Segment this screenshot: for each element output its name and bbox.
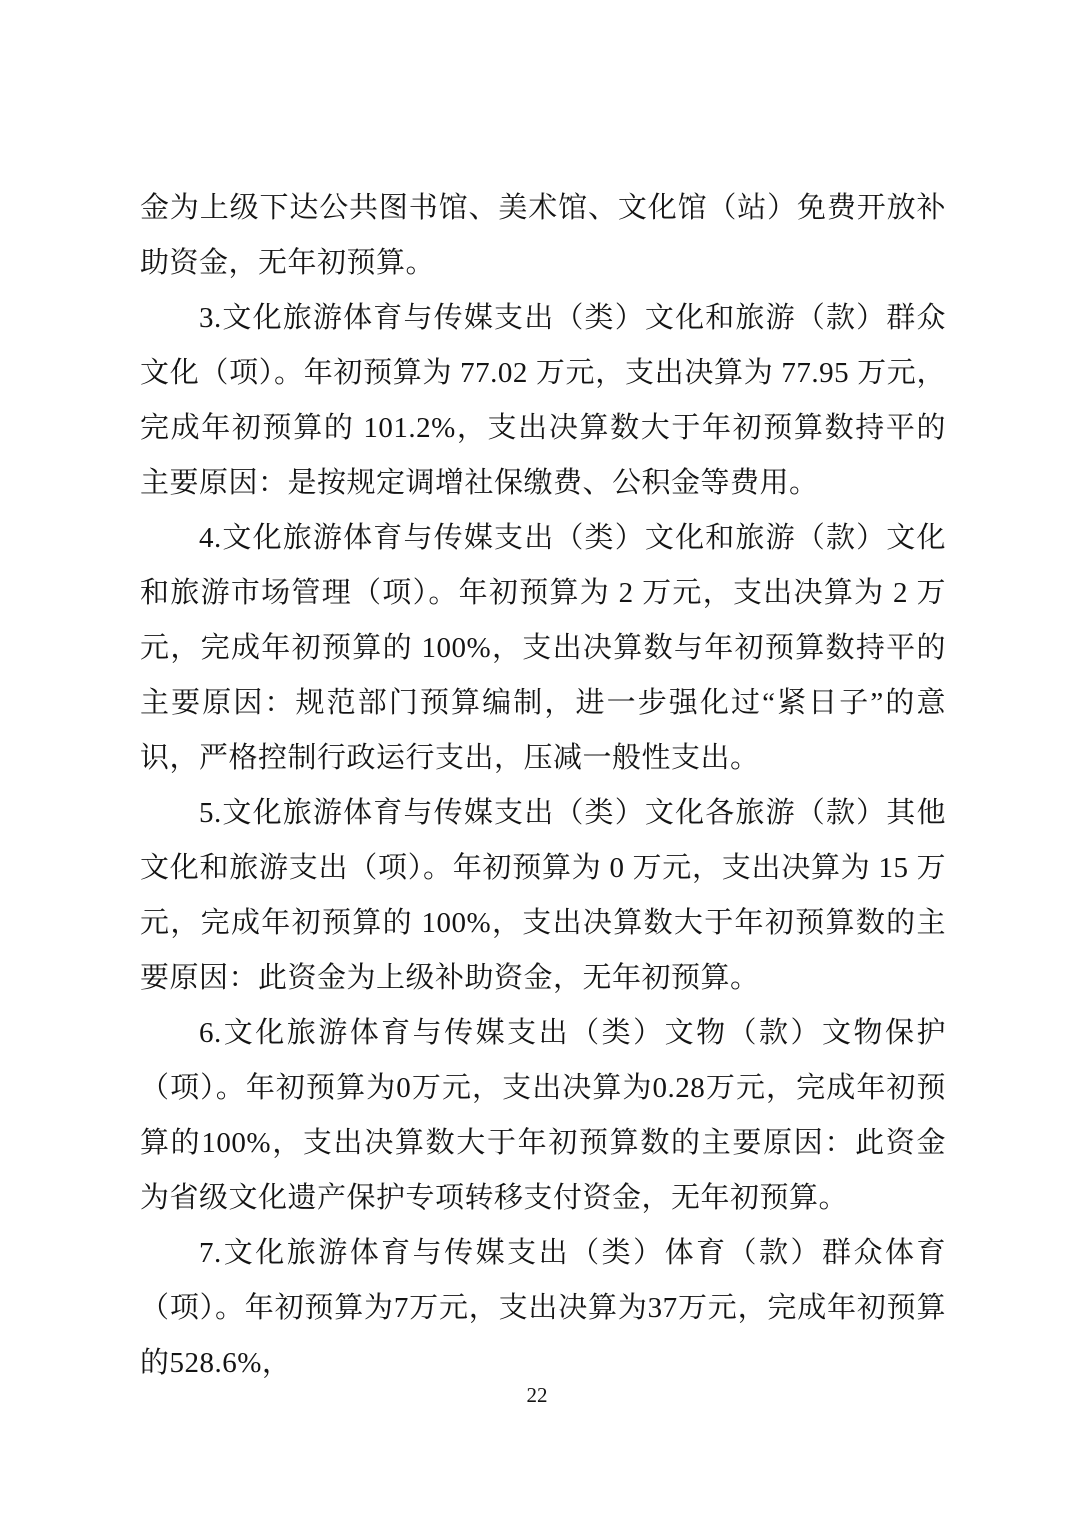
- paragraph-continuation: 金为上级下达公共图书馆、美术馆、文化馆（站）免费开放补助资金，无年初预算。: [140, 181, 946, 291]
- page-number: 22: [0, 1382, 1074, 1408]
- paragraph-item-5: 5.文化旅游体育与传媒支出（类）文化各旅游（款）其他文化和旅游支出（项）。年初预…: [140, 786, 946, 1006]
- document-page: 金为上级下达公共图书馆、美术馆、文化馆（站）免费开放补助资金，无年初预算。 3.…: [0, 0, 1074, 1520]
- paragraph-item-4: 4.文化旅游体育与传媒支出（类）文化和旅游（款）文化和旅游市场管理（项）。年初预…: [140, 511, 946, 786]
- document-body: 金为上级下达公共图书馆、美术馆、文化馆（站）免费开放补助资金，无年初预算。 3.…: [140, 181, 946, 1391]
- paragraph-item-7: 7.文化旅游体育与传媒支出（类）体育（款）群众体育（项）。年初预算为7万元，支出…: [140, 1226, 946, 1391]
- paragraph-item-6: 6.文化旅游体育与传媒支出（类）文物（款）文物保护（项）。年初预算为0万元，支出…: [140, 1006, 946, 1226]
- paragraph-item-3: 3.文化旅游体育与传媒支出（类）文化和旅游（款）群众文化（项）。年初预算为 77…: [140, 291, 946, 511]
